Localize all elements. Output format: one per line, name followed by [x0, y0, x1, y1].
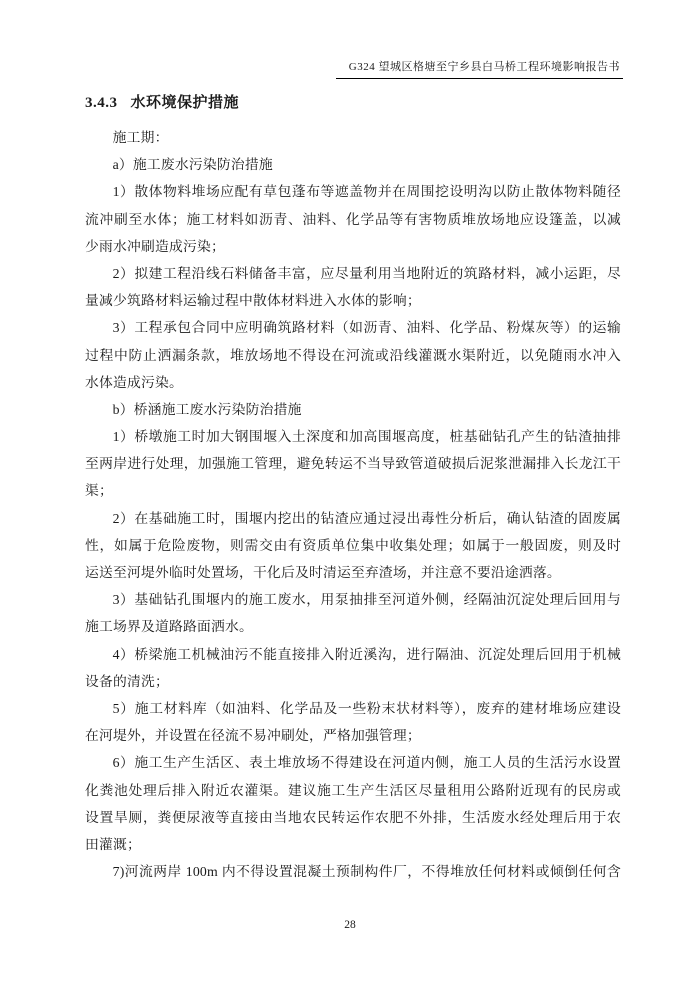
section-heading: 3.4.3水环境保护措施 [85, 93, 621, 113]
body-line: 水体造成污染。 [85, 369, 621, 396]
body-line: 运送至河堤外临时处置场，干化后及时清运至弃渣场，并注意不要沿途洒落。 [85, 559, 621, 586]
body-line: 6）施工生产生活区、表土堆放场不得建设在河道内侧，施工人员的生活污水设置 [85, 749, 621, 776]
body-line: a）施工废水污染防治措施 [85, 151, 621, 178]
section-title: 水环境保护措施 [131, 95, 240, 111]
body-line: 施工期： [85, 124, 621, 151]
page-number: 28 [344, 919, 356, 931]
body-line: 5）施工材料库（如油料、化学品及一些粉末状材料等），废弃的建材堆场应建设 [85, 695, 621, 722]
running-header-text: G324 望城区格塘至宁乡县白马桥工程环境影响报告书 [336, 58, 623, 79]
body-line: 2）在基础施工时，围堰内挖出的钻渣应通过浸出毒性分析后，确认钻渣的固废属 [85, 505, 621, 532]
body-line: 至两岸进行处理，加强施工管理，避免转运不当导致管道破损后泥浆泄漏排入长龙江干 [85, 450, 621, 477]
section-number: 3.4.3 [85, 95, 118, 111]
body-line: 在河堤外，并设置在径流不易冲刷处，严格加强管理； [85, 722, 621, 749]
body-line: 设备的清洗； [85, 668, 621, 695]
body-line: 田灌溉； [85, 831, 621, 858]
body-line: 少雨水冲刷造成污染； [85, 233, 621, 260]
body-line: 流冲刷至水体；施工材料如沥青、油料、化学品等有害物质堆放场地应设篷盖，以减 [85, 206, 621, 233]
body-line: 施工场界及道路路面洒水。 [85, 613, 621, 640]
body-line: 4）桥梁施工机械油污不能直接排入附近溪沟，进行隔油、沉淀处理后回用于机械 [85, 641, 621, 668]
body-line: 设置旱厕，粪便尿液等直接由当地农民转运作农肥不外排，生活废水经处理后用于农 [85, 804, 621, 831]
body-line: 过程中防止洒漏条款，堆放场地不得设在河流或沿线灌溉水渠附近，以免随雨水冲入 [85, 342, 621, 369]
body-line: 渠； [85, 477, 621, 504]
body-line: b）桥涵施工废水污染防治措施 [85, 396, 621, 423]
body-line: 1）桥墩施工时加大钢围堰入土深度和加高围堰高度，桩基础钻孔产生的钻渣抽排 [85, 423, 621, 450]
body-line: 量减少筑路材料运输过程中散体材料进入水体的影响； [85, 287, 621, 314]
body-line: 3）工程承包合同中应明确筑路材料（如沥青、油料、化学品、粉煤灰等）的运输 [85, 314, 621, 341]
running-header: G324 望城区格塘至宁乡县白马桥工程环境影响报告书 [336, 58, 623, 79]
body-line: 7)河流两岸 100m 内不得设置混凝土预制构件厂，不得堆放任何材料或倾倒任何含 [85, 858, 621, 885]
body-line: 3）基础钻孔围堰内的施工废水，用泵抽排至河道外侧，经隔油沉淀处理后回用与 [85, 586, 621, 613]
page-content: 3.4.3水环境保护措施 施工期： a）施工废水污染防治措施 1）散体物料堆场应… [85, 93, 621, 885]
body-line: 化粪池处理后排入附近农灌渠。建议施工生产生活区尽量租用公路附近现有的民房或 [85, 777, 621, 804]
body-line: 性，如属于危险废物，则需交由有资质单位集中收集处理；如属于一般固废，则及时 [85, 532, 621, 559]
body-line: 2）拟建工程沿线石料储备丰富，应尽量利用当地附近的筑路材料，减小运距，尽 [85, 260, 621, 287]
page-footer: 28 [0, 919, 700, 931]
body-line: 1）散体物料堆场应配有草包蓬布等遮盖物并在周围挖设明沟以防止散体物料随径 [85, 178, 621, 205]
document-page: { "page": { "header_title": "G324 望城区格塘至… [0, 0, 700, 990]
